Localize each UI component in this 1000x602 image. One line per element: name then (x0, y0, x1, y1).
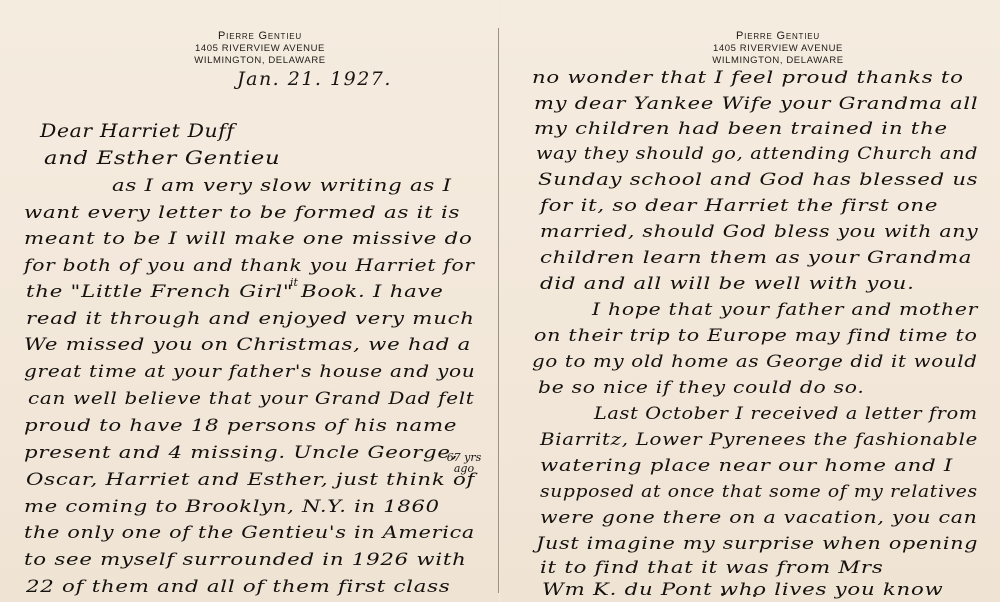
letter-line: go to my old home as George did it would (532, 352, 978, 372)
letter-line: present and 4 missing. Uncle George, (24, 443, 458, 463)
letter-line: supposed at once that some of my relativ… (540, 482, 978, 502)
letter-line: way they should go, attending Church and (536, 144, 978, 164)
letter-line: my dear Yankee Wife your Grandma all (534, 94, 978, 114)
letterhead-street: 1405 RIVERVIEW AVENUE (678, 43, 878, 56)
letter-line: can well believe that your Grand Dad fel… (28, 389, 475, 409)
letter-page-right: Pierre Gentieu 1405 RIVERVIEW AVENUE WIL… (500, 0, 1000, 602)
letter-line: as I am very slow writing as I (112, 176, 452, 196)
letter-line: for both of you and thank you Harriet fo… (24, 256, 475, 276)
letter-line: Wm K. du Pont who lives you know (542, 580, 943, 600)
letter-line: the only one of the Gentieu's in America (24, 523, 475, 543)
letter-line: did and all will be well with you. (540, 274, 915, 294)
salutation-line: Dear Harriet Duff (40, 120, 235, 142)
letterhead-name: Pierre Gentieu (160, 30, 360, 43)
letter-line: Oscar, Harriet and Esther, just think of (26, 470, 475, 490)
letter-line: it to find that it was from Mrs (540, 558, 883, 578)
letter-line: married, should God bless you with any (540, 222, 978, 242)
letter-line: Sunday school and God has blessed us (538, 170, 978, 190)
letter-line: be so nice if they could do so. (538, 378, 865, 398)
letter-line: great time at your father's house and yo… (24, 362, 475, 382)
letter-line: Just imagine my surprise when opening (536, 534, 978, 554)
ink-speck (721, 593, 724, 596)
letter-line: the "Little French Girl" Book. I have (26, 282, 444, 302)
letter-line: I hope that your father and mother (592, 300, 978, 320)
letter-line: my children had been trained in the (534, 119, 948, 139)
letter-line: 22 of them and all of them first class (26, 577, 450, 597)
letter-line: for it, so dear Harriet the first one (540, 196, 938, 216)
letter-line: watering place near our home and I (540, 456, 953, 476)
letter-line: children learn them as your Grandma (540, 248, 972, 268)
letter-line: Biarritz, Lower Pyrenees the fashionable (540, 430, 978, 450)
letter-line: on their trip to Europe may find time to (534, 326, 978, 346)
letterhead-street: 1405 RIVERVIEW AVENUE (160, 43, 360, 56)
letterhead: Pierre Gentieu 1405 RIVERVIEW AVENUE WIL… (678, 30, 878, 68)
inserted-word: it (290, 276, 298, 289)
letter-line: Last October I received a letter from (594, 404, 978, 424)
margin-note-line: ago (442, 463, 486, 474)
letterhead-name: Pierre Gentieu (678, 30, 878, 43)
letterhead: Pierre Gentieu 1405 RIVERVIEW AVENUE WIL… (160, 30, 360, 68)
salutation-line: and Esther Gentieu (44, 147, 280, 169)
letterhead-city: WILMINGTON, DELAWARE (160, 55, 360, 68)
margin-note: 67 yrs ago (442, 452, 486, 474)
letter-line: me coming to Brooklyn, N.Y. in 1860 (24, 497, 440, 517)
letter-page-left: Pierre Gentieu 1405 RIVERVIEW AVENUE WIL… (0, 0, 499, 602)
ink-speck (753, 594, 756, 597)
letter-line: read it through and enjoyed very much (26, 309, 475, 329)
letter-line: meant to be I will make one missive do (24, 229, 473, 249)
letter-line: to see myself surrounded in 1926 with (24, 550, 467, 570)
letter-date: Jan. 21. 1927. (237, 68, 392, 90)
letter-line: We missed you on Christmas, we had a (24, 335, 471, 355)
letter-line: were gone there on a vacation, you can (540, 508, 978, 528)
letter-line: no wonder that I feel proud thanks to (532, 68, 964, 88)
letterhead-city: WILMINGTON, DELAWARE (678, 55, 878, 68)
letter-line: proud to have 18 persons of his name (24, 416, 457, 436)
page-divider (498, 28, 499, 593)
letter-line: want every letter to be formed as it is (24, 203, 460, 223)
